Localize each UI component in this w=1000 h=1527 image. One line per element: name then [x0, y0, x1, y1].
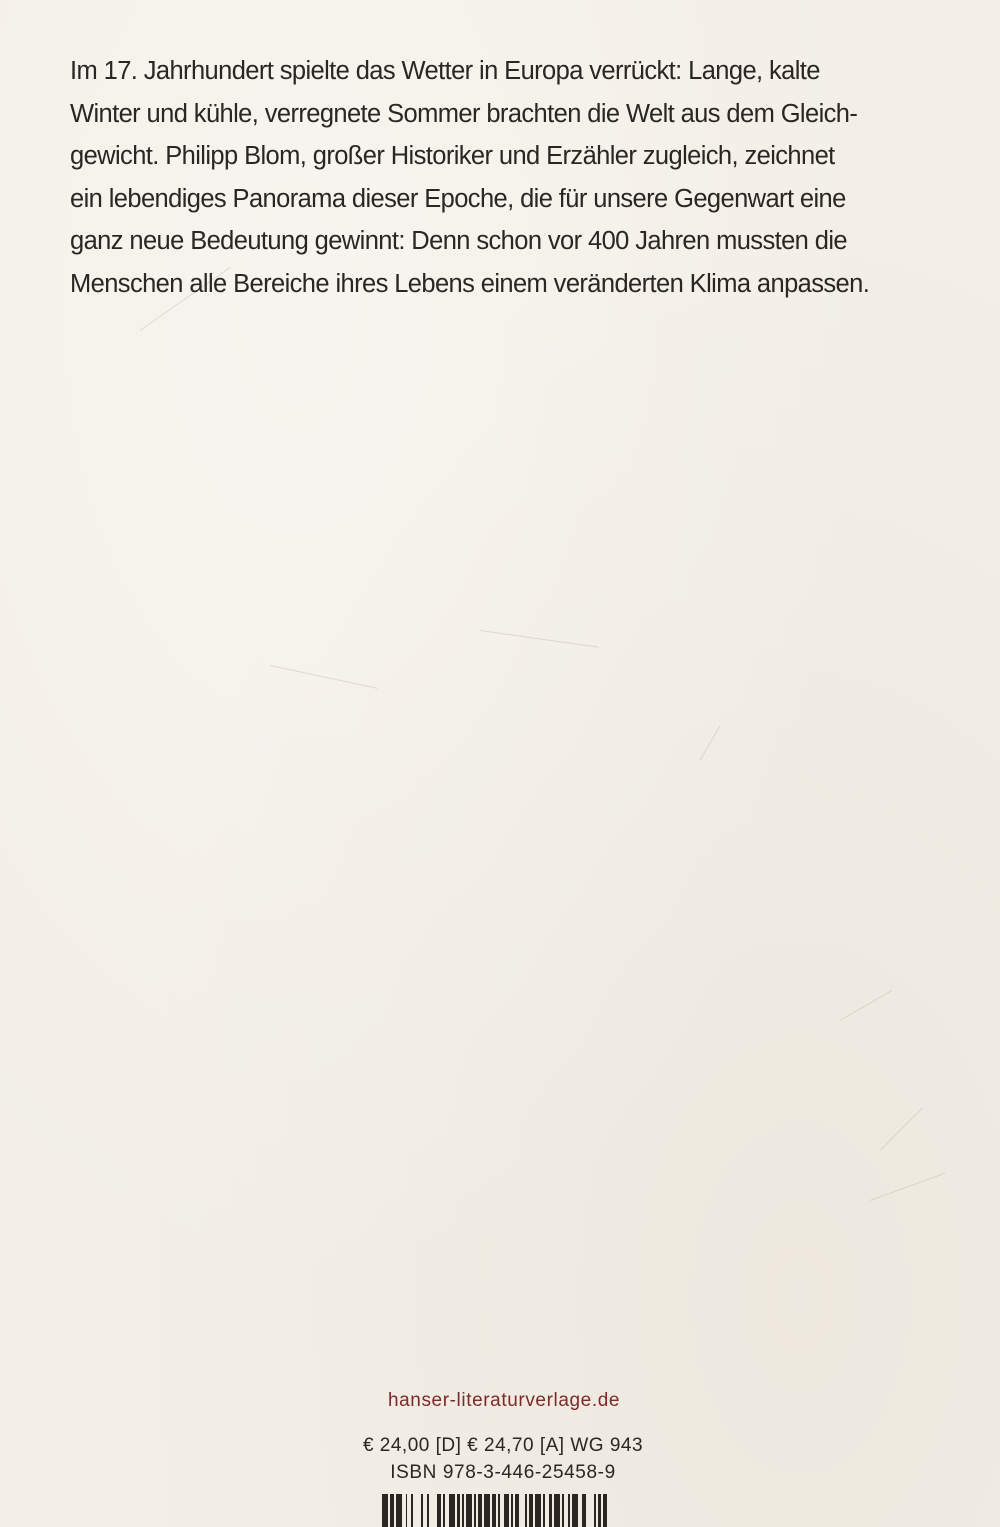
blurb-line: Menschen alle Bereiche ihres Lebens eine…	[70, 263, 950, 306]
publisher-website: hanser-literaturverlage.de	[8, 1386, 1000, 1416]
paper-scratch	[880, 1108, 923, 1151]
paper-scratch	[700, 726, 721, 761]
blurb-line: Im 17. Jahrhundert spielte das Wetter in…	[70, 50, 950, 93]
barcode	[382, 1494, 608, 1527]
publisher-footer: hanser-literaturverlage.de € 24,00 [D] €…	[0, 1386, 1000, 1486]
paper-scratch	[870, 1173, 946, 1201]
paper-scratch	[840, 990, 892, 1021]
isbn-number: ISBN 978-3-446-25458-9	[6, 1460, 1000, 1486]
blurb-line: ein lebendiges Panorama dieser Epoche, d…	[70, 178, 950, 221]
blurb-line: Winter und kühle, verregnete Sommer brac…	[70, 93, 950, 136]
paper-scratch	[480, 630, 599, 648]
blurb-text: Im 17. Jahrhundert spielte das Wetter in…	[70, 50, 950, 305]
blurb-line: ganz neue Bedeutung gewinnt: Denn schon …	[70, 220, 950, 263]
paper-scratch	[270, 665, 378, 689]
price-line: € 24,00 [D] € 24,70 [A] WG 943	[6, 1432, 1000, 1460]
book-back-cover: Im 17. Jahrhundert spielte das Wetter in…	[0, 0, 1000, 1527]
blurb-line: gewicht. Philipp Blom, großer Historiker…	[70, 135, 950, 178]
